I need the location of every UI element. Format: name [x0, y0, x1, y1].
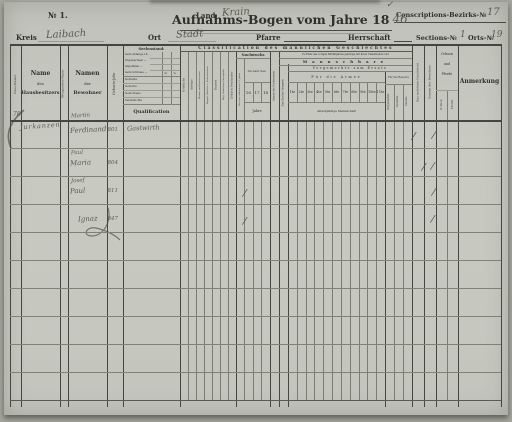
owner-line1: Name: [31, 70, 51, 77]
grid-line-horizontal: [10, 148, 501, 149]
ink-flourish-loop-icon: [78, 206, 122, 242]
grid-line-vertical: [60, 44, 61, 407]
grid-line-vertical: [244, 58, 245, 400]
age-class-cell: 9te: [359, 82, 368, 102]
residents-line3: Bewohner: [73, 90, 101, 96]
owner-line3: Hausbesitzers: [22, 90, 60, 96]
tally-mark: /: [430, 162, 434, 172]
grid-line-vertical: [501, 44, 502, 407]
grid-line-horizontal: [279, 58, 412, 59]
age-class-cell: 2te: [297, 82, 306, 102]
grid-line-vertical: [21, 44, 22, 407]
reserve-column-label: Vorgemerkte: [385, 84, 394, 119]
seelenstand-title: Seelenstand:: [123, 45, 180, 52]
column-label-rotated: Zeitlich Beurlaubte: [228, 51, 236, 119]
seelenstand-row-label: Abgefallen —: [125, 65, 143, 68]
column-label-rotated: Beamte und Honoratioren: [196, 51, 204, 119]
grid-line-vertical: [107, 44, 108, 407]
nachwuchs-year-cell: 16: [244, 82, 253, 102]
seelenstand-event-label: Getraute: [125, 77, 137, 81]
resident-prename-handwriting: Josef: [71, 178, 85, 185]
column-label-rotated: Zum Ersatze Geeignete: [279, 65, 288, 121]
pfarre-line: [284, 41, 346, 42]
grid-line-horizontal: [10, 400, 501, 401]
grid-line-horizontal: [288, 71, 412, 72]
form-number: № 1.: [48, 10, 68, 20]
seelenstand-mw-label: m: [165, 71, 168, 75]
grid-line-vertical: [394, 84, 395, 400]
title-underline-1: [180, 30, 392, 31]
owner-line2: des: [37, 81, 44, 86]
grid-line-horizontal: [10, 372, 501, 373]
column-female-sex: Das weibliche Geschlecht: [412, 46, 424, 118]
birth-year-handwriting: 847: [108, 216, 119, 222]
column-label-rotated: Summe des Nachwuchses: [270, 51, 279, 120]
age-class-cell: 10te: [367, 82, 376, 102]
livestock-column-label: Pferde: [447, 90, 458, 119]
column-label-rotated: Adelige: [188, 51, 196, 119]
orts-value: 19: [491, 30, 502, 40]
grid-line-horizontal: [123, 104, 180, 105]
qualification-handwriting: Gastwirth: [127, 123, 160, 132]
seelenstand-row-label: beim Schlusse —: [125, 71, 147, 74]
grid-line-horizontal: [10, 120, 501, 122]
pfarre-label: Pfarre: [256, 33, 281, 42]
column-label-rotated: Bürgerl. Künstler u. Professionisten: [204, 51, 212, 119]
mannschaft-bottom-label: Altersjährige Mannschaft: [288, 103, 385, 118]
resident-prename-handwriting: Paul: [71, 150, 83, 157]
qualification-label: Qualification: [123, 106, 180, 119]
grid-line-horizontal: [150, 64, 180, 65]
grid-line-horizontal: [10, 344, 501, 345]
owner-name-handwriting: Jurkanzen: [20, 121, 61, 132]
age-class-cell: 11te: [376, 82, 385, 102]
grid-line-horizontal: [10, 260, 501, 261]
grid-line-horizontal: [10, 44, 501, 46]
grid-line-vertical: [68, 44, 69, 407]
age-class-cell: 5te: [323, 82, 332, 102]
grid-line-horizontal: [150, 58, 180, 59]
herrschaft-label: Herrschaft: [348, 33, 391, 42]
grid-line-horizontal: [236, 58, 270, 59]
birth-year-handwriting: 804: [108, 160, 119, 166]
grid-line-horizontal: [10, 316, 501, 317]
column-remark: Anmerkung: [458, 74, 501, 88]
ort-label: Ort: [148, 33, 161, 42]
ort-underline: [168, 41, 216, 42]
residents-line2: der: [84, 81, 91, 86]
reserve-column-label: Gestellte: [394, 84, 403, 119]
sections-label: Sections-№: [416, 34, 457, 42]
nachwuchs-unit: Jahre: [244, 104, 270, 118]
form-title: Aufnahms-Bogen vom Jahre 18 46: [172, 12, 408, 27]
column-label-rotated: Bauern: [212, 51, 220, 119]
grid-line-vertical: [424, 44, 425, 407]
conscription-underline: [394, 22, 506, 23]
grid-line-vertical: [288, 64, 289, 407]
grid-line-horizontal: [10, 232, 501, 233]
age-class-cell: 4te: [314, 82, 323, 102]
grid-line-vertical: [412, 44, 413, 407]
livestock-line3: Pferde: [436, 70, 458, 77]
column-residents: Namen der Bewohner: [68, 52, 107, 114]
seelenstand-mw-label: w: [174, 71, 176, 75]
grid-line-vertical: [236, 51, 237, 407]
column-label-rotated: Geistliche: [180, 51, 188, 119]
grid-line-horizontal: [244, 102, 270, 103]
column-label-rotated: Weg. Gebrechen Untaugliche: [220, 51, 228, 119]
age-class-cell: 6te: [332, 82, 341, 102]
resident-name-handwriting: Ferdinand: [70, 125, 107, 135]
age-class-cell: 1te: [288, 82, 297, 102]
grid-line-vertical: [458, 44, 459, 407]
kreis-label: Kreis: [16, 33, 37, 42]
grid-line-horizontal: [10, 204, 501, 205]
herrschaft-line: [394, 41, 412, 42]
census-form-scan: { "header": { "no": "№ 1.", "land_label"…: [0, 0, 512, 422]
tally-mark: /: [430, 215, 434, 225]
seelenstand-row-label: beim Anfange 18 . .: [125, 53, 151, 56]
grid-line-horizontal: [288, 102, 385, 103]
conscription-district-value: 17: [487, 7, 500, 18]
resident-prename-handwriting: Martin: [71, 113, 90, 120]
mannschaft-line4: Für die Armee: [288, 71, 385, 82]
resident-name-handwriting: Maria: [70, 158, 91, 167]
conscription-district-label: Conscriptions-Bezirks-№: [396, 11, 486, 19]
age-class-cell: 8te: [350, 82, 359, 102]
checkmark-handwriting: ✓: [386, 0, 394, 10]
tally-mark: /: [242, 217, 246, 227]
kreis-underline: [38, 41, 104, 42]
nachwuchs-year-cell: 18: [261, 82, 270, 102]
form-title-text: Aufnahms-Bogen vom Jahre 18: [172, 12, 390, 27]
seelenstand-row-label: Zugewachsen —: [125, 59, 147, 62]
age-class-cell: 7te: [341, 82, 350, 102]
seelenstand-event-label: Verehelichte: [125, 98, 142, 102]
seelenstand-event-label: Geborne: [125, 84, 137, 88]
grid-line-vertical: [447, 90, 448, 400]
ort-value-handwriting: Stadt: [176, 28, 204, 40]
grid-line-horizontal: [10, 288, 501, 289]
age-class-cell: 3te: [306, 82, 315, 102]
livestock-column-label: Ochsen: [436, 90, 447, 119]
kreis-value-handwriting: Laibach: [46, 28, 87, 41]
form-title-year: 46: [393, 12, 408, 26]
grid-line-vertical: [10, 44, 11, 407]
nachwuchs-year-cell: 17: [253, 82, 262, 102]
nachwuchs-imlauf: Im Lauf des.: [244, 62, 270, 80]
column-sum-residents: Summe der Bewohner: [424, 46, 436, 118]
livestock-line1: Ochsen: [436, 50, 458, 57]
tally-mark: /: [411, 132, 415, 142]
seelenstand-event-label: Gestorbene: [125, 91, 141, 95]
form-layer: № 1. Land Krain ✓ Conscriptions-Bezirks-…: [0, 0, 512, 422]
reserve-title: Für die Reserve: [385, 71, 412, 84]
grid-line-vertical: [403, 84, 404, 400]
birth-year-handwriting: 801: [108, 127, 119, 133]
resident-name-handwriting: Ignaz: [78, 214, 98, 223]
column-birth-year: Geburts-Jahr: [107, 50, 123, 118]
tally-mark: /: [242, 189, 246, 199]
orts-label: Orts-№: [468, 34, 494, 42]
sections-value: 1: [460, 30, 466, 40]
residents-line1: Namen: [76, 70, 100, 77]
birth-year-handwriting: 811: [108, 188, 119, 194]
house-number-handwriting: 78: [13, 111, 21, 118]
livestock-line2: und: [436, 60, 458, 67]
resident-name-handwriting: Paul: [70, 187, 86, 196]
grid-line-horizontal: [279, 65, 412, 66]
reserve-column-label: Summe: [403, 84, 412, 119]
